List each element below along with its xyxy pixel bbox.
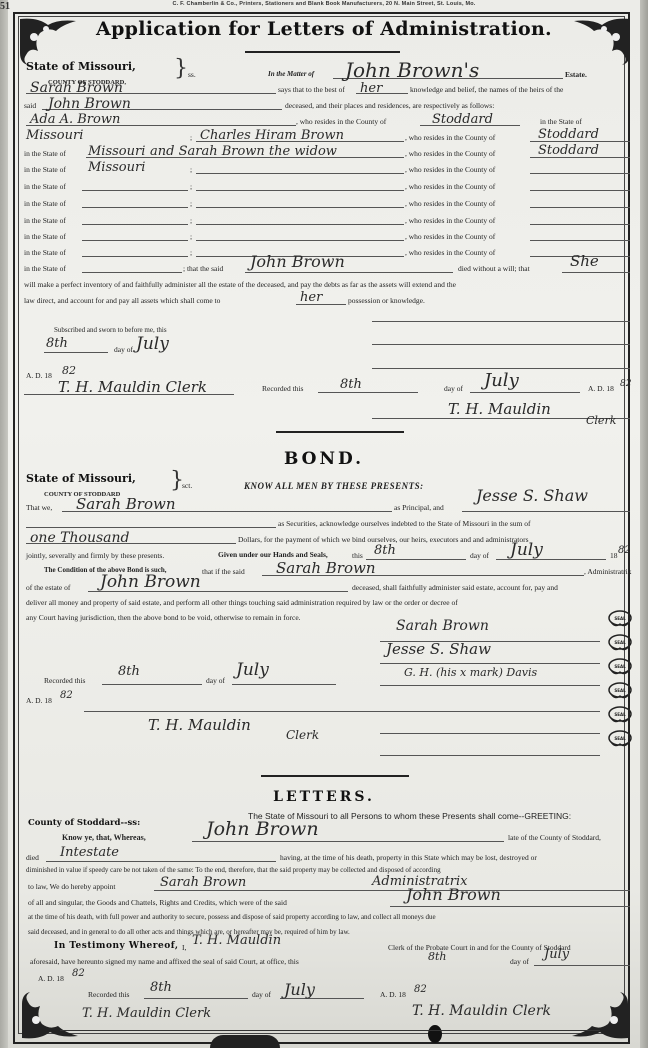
letters-deceased-value: John Brown bbox=[206, 818, 319, 840]
ad-text: A. D. 18 bbox=[38, 974, 64, 983]
deliver-text: deliver all money and property of said e… bbox=[26, 598, 458, 607]
in-state-text: in the State of bbox=[24, 264, 66, 273]
general-text: said deceased, and in general to do all … bbox=[28, 928, 350, 936]
bond-clerk-title: Clerk bbox=[286, 728, 319, 742]
signature-line bbox=[380, 663, 600, 664]
ornament-bottom-left-icon bbox=[20, 990, 82, 1040]
clerk-line bbox=[24, 394, 234, 395]
said-deceased-text: ; that the said bbox=[183, 264, 223, 273]
pronoun-value: her bbox=[360, 81, 382, 96]
given-year: 82 bbox=[618, 545, 631, 556]
seal-icon: SEAL bbox=[607, 634, 633, 654]
test-month: July bbox=[544, 947, 569, 962]
signature-line bbox=[380, 733, 600, 734]
ad-text: A. D. 18 bbox=[26, 696, 52, 705]
bond-clerk-signature: T. H. Mauldin bbox=[148, 716, 251, 734]
heir-line bbox=[196, 207, 404, 208]
separator: ; bbox=[190, 232, 192, 241]
goods-text: of all and singular, the Goods and Chatt… bbox=[28, 898, 287, 907]
said-label: said bbox=[24, 101, 36, 110]
recorded-month: July bbox=[484, 370, 519, 391]
securities-cont-line bbox=[26, 527, 276, 528]
said-deceased-value: John Brown bbox=[250, 252, 345, 271]
separator: ; bbox=[190, 182, 192, 191]
if-said-text: that if the said bbox=[202, 567, 245, 576]
i-text: I, bbox=[182, 943, 186, 952]
county-line bbox=[530, 207, 630, 208]
appointee-line bbox=[154, 890, 630, 891]
county-line bbox=[530, 240, 630, 241]
recorded-month-line bbox=[470, 392, 580, 393]
recorded-day-line bbox=[102, 684, 202, 685]
heir-line bbox=[196, 224, 404, 225]
recorded-month: July bbox=[284, 980, 315, 999]
heir-name: Charles Hiram Brown bbox=[200, 128, 344, 143]
recorder-title: Clerk bbox=[586, 414, 616, 427]
time-text: at the time of his death, with full powe… bbox=[28, 913, 436, 921]
state-line bbox=[82, 240, 188, 241]
signature: Jesse S. Shaw bbox=[386, 640, 491, 658]
svg-text:SEAL: SEAL bbox=[614, 616, 626, 621]
resides-text: , who resides in the County of bbox=[296, 117, 386, 126]
sworn-month: July bbox=[136, 334, 169, 354]
day-of-text: day of bbox=[444, 384, 463, 393]
matter-value: John Brown's bbox=[345, 58, 479, 82]
resides-text: , who resides in the County of bbox=[405, 232, 495, 241]
her-value: her bbox=[300, 290, 322, 305]
ad-text: A. D. 18 bbox=[380, 990, 406, 999]
day-of-text: day of bbox=[114, 345, 133, 354]
state-line bbox=[82, 256, 188, 257]
letters-clerk-value: T. H. Mauldin bbox=[192, 933, 281, 948]
heir-county: Stoddard bbox=[432, 112, 493, 127]
in-state-text: in the State of bbox=[24, 199, 66, 208]
ad-text: A. D. 18 bbox=[588, 384, 614, 393]
recorded-year: 82 bbox=[60, 690, 73, 701]
inventory-text: will make a perfect inventory of and fai… bbox=[24, 280, 456, 289]
resides-text: , who resides in the County of bbox=[405, 199, 495, 208]
section-divider bbox=[261, 775, 409, 777]
given-day-line bbox=[366, 559, 466, 560]
diminished-text: diminished in value if speedy care be no… bbox=[26, 866, 441, 874]
day-of-text: day of bbox=[206, 676, 225, 685]
signature: Sarah Brown bbox=[396, 618, 489, 634]
separator: ; bbox=[190, 216, 192, 225]
court-text: any Court having jurisdiction, then the … bbox=[26, 613, 301, 622]
heir-line bbox=[196, 190, 404, 191]
given-text: Given under our Hands and Seals, bbox=[218, 550, 328, 559]
svg-text:SEAL: SEAL bbox=[614, 640, 626, 645]
svg-text:SEAL: SEAL bbox=[614, 688, 626, 693]
sig-left: T. H. Mauldin Clerk bbox=[82, 1006, 211, 1021]
letters-county-label: County of Stoddard--ss: bbox=[28, 818, 140, 828]
sum-value: one Thousand bbox=[30, 530, 130, 546]
resides-text: , who resides in the County of bbox=[405, 182, 495, 191]
died-label: died bbox=[26, 853, 39, 862]
recorded-year: 82 bbox=[620, 379, 631, 389]
in-state-text: in the State of bbox=[24, 232, 66, 241]
heir-line bbox=[196, 173, 404, 174]
signature-line bbox=[380, 755, 600, 756]
bond-title: BOND. bbox=[0, 449, 648, 469]
she-line bbox=[562, 272, 630, 273]
bond-state-label: State of Missouri, bbox=[26, 472, 136, 485]
heir-name: Ada A. Brown bbox=[30, 112, 120, 127]
recorded-text: Recorded this bbox=[44, 676, 85, 685]
recorded-day-line bbox=[144, 998, 248, 999]
died-value: Intestate bbox=[60, 845, 119, 860]
ink-blot bbox=[428, 1025, 442, 1043]
she-value: She bbox=[570, 252, 599, 270]
as-principal-text: as Principal, and bbox=[394, 503, 444, 512]
heir-county: Stoddard bbox=[538, 127, 599, 142]
died-line bbox=[46, 861, 276, 862]
sworn-day-line bbox=[44, 352, 108, 353]
of-estate-text: of the estate of bbox=[26, 583, 70, 592]
deceased-text: deceased, and their places and residence… bbox=[285, 101, 494, 110]
given-month: July bbox=[510, 540, 543, 560]
seal-icon: SEAL bbox=[607, 682, 633, 702]
heir-line bbox=[86, 157, 404, 158]
goods-line bbox=[390, 906, 630, 907]
letters-title: LETTERS. bbox=[0, 789, 648, 805]
goods-value: John Brown bbox=[406, 885, 501, 904]
jointly-text: jointly, severally and firmly by these p… bbox=[26, 551, 164, 560]
recorded-day: 8th bbox=[118, 664, 140, 679]
applicant-value: Sarah Brown bbox=[30, 80, 123, 96]
test-month-line bbox=[534, 965, 630, 966]
matter-label: In the Matter of bbox=[268, 70, 314, 78]
know-ye-text: Know ye, that, Whereas, bbox=[62, 833, 146, 842]
test-year: 82 bbox=[72, 968, 85, 979]
admin-value: Sarah Brown bbox=[276, 559, 376, 577]
section-divider bbox=[276, 431, 404, 433]
blank-line bbox=[372, 344, 630, 345]
day-of-text: day of bbox=[470, 551, 489, 560]
state-line bbox=[82, 207, 188, 208]
securities-value: Jesse S. Shaw bbox=[476, 486, 588, 505]
securities-text: as Securities, acknowledge ourselves ind… bbox=[278, 519, 530, 528]
sig-right: T. H. Mauldin Clerk bbox=[412, 1003, 551, 1019]
state-label: State of Missouri, bbox=[26, 60, 136, 73]
separator: ; bbox=[190, 133, 192, 142]
signature-line bbox=[380, 685, 600, 686]
resides-text: , who resides in the County of bbox=[405, 165, 495, 174]
signature-line bbox=[84, 711, 600, 712]
state-line bbox=[82, 224, 188, 225]
appoint-text: to law, We do hereby appoint bbox=[28, 882, 116, 891]
separator: ; bbox=[190, 165, 192, 174]
principal-value: Sarah Brown bbox=[76, 495, 176, 513]
recorded-text: Recorded this bbox=[262, 384, 303, 393]
says-text: says that to the best of bbox=[278, 85, 345, 94]
know-all-text: KNOW ALL MEN BY THESE PRESENTS: bbox=[244, 481, 424, 491]
resides-text: , who resides in the County of bbox=[405, 149, 495, 158]
year-prefix: 18 bbox=[610, 551, 618, 560]
signature: G. H. (his x mark) Davis bbox=[404, 666, 537, 679]
seal-icon: SEAL bbox=[607, 706, 633, 726]
county-line bbox=[530, 173, 630, 174]
svg-text:SEAL: SEAL bbox=[614, 736, 626, 741]
resides-text: , who resides in the County of bbox=[405, 133, 495, 142]
seal-icon: SEAL bbox=[607, 658, 633, 678]
printer-imprint: C. F. Chamberlin & Co., Printers, Statio… bbox=[0, 1, 648, 7]
deceased-line bbox=[192, 841, 504, 842]
bottom-rule bbox=[60, 1030, 600, 1031]
recorded-day-line bbox=[318, 392, 418, 393]
heir-state: Missouri bbox=[88, 160, 145, 175]
resides-text: , who resides in the County of bbox=[405, 216, 495, 225]
ad-text: A. D. 18 bbox=[26, 371, 52, 380]
recorded-year: 82 bbox=[414, 984, 427, 995]
day-of-text: day of bbox=[510, 957, 529, 966]
ornament-bottom-right-icon bbox=[568, 990, 630, 1040]
recorded-month: July bbox=[236, 660, 269, 680]
estate-label: Estate. bbox=[565, 70, 587, 79]
recorded-day: 8th bbox=[150, 980, 172, 995]
sct-label: sct. bbox=[182, 481, 192, 490]
blank-line bbox=[372, 321, 630, 322]
having-text: having, at the time of his death, proper… bbox=[280, 853, 537, 862]
appointee-value: Sarah Brown bbox=[160, 875, 246, 890]
resides-text: , who resides in the County of bbox=[405, 248, 495, 257]
estate-value: John Brown bbox=[100, 572, 201, 592]
in-state-text: in the State of bbox=[540, 117, 582, 126]
separator: ; bbox=[190, 248, 192, 257]
state-line bbox=[82, 190, 188, 191]
sworn-day: 8th bbox=[46, 336, 68, 351]
binding-shadow bbox=[210, 1035, 280, 1048]
ss-label: ss. bbox=[188, 70, 196, 79]
in-state-text: in the State of bbox=[24, 165, 66, 174]
in-state-text: in the State of bbox=[24, 182, 66, 191]
possession-text: possession or knowledge. bbox=[348, 296, 425, 305]
county-line bbox=[530, 224, 630, 225]
testimony-label: In Testimony Whereof, bbox=[54, 941, 179, 951]
separator: ; bbox=[190, 199, 192, 208]
sworn-year: 82 bbox=[62, 364, 76, 377]
application-title: Application for Letters of Administratio… bbox=[0, 18, 648, 40]
heir-county: Stoddard bbox=[538, 143, 599, 158]
administrat-text: , Administratrix bbox=[584, 567, 632, 576]
county-line bbox=[530, 190, 630, 191]
bond-deceased-text: deceased, shall faithfully administer sa… bbox=[352, 583, 558, 592]
law-text: law direct, and account for and pay all … bbox=[24, 296, 220, 305]
svg-text:SEAL: SEAL bbox=[614, 664, 626, 669]
aforesaid-text: aforesaid, have hereunto signed my name … bbox=[30, 957, 299, 966]
knowledge-text: knowledge and belief, the names of the h… bbox=[410, 85, 563, 94]
in-state-text: in the State of bbox=[24, 149, 66, 158]
test-day: 8th bbox=[428, 950, 447, 963]
seal-icon: SEAL bbox=[607, 610, 633, 630]
subscribed-text: Subscribed and sworn to before me, this bbox=[54, 326, 167, 334]
heir-line bbox=[196, 240, 404, 241]
late-of-text: late of the County of Stoddard, bbox=[508, 833, 601, 842]
recorded-text: Recorded this bbox=[88, 990, 129, 999]
state-line bbox=[82, 272, 182, 273]
svg-text:SEAL: SEAL bbox=[614, 712, 626, 717]
in-state-text: in the State of bbox=[24, 248, 66, 257]
day-of-text: day of bbox=[252, 990, 271, 999]
seal-icon: SEAL bbox=[607, 730, 633, 750]
said-deceased-line bbox=[245, 272, 453, 273]
in-state-text: in the State of bbox=[24, 216, 66, 225]
heir-state: Missouri bbox=[26, 128, 83, 143]
securities-line bbox=[462, 511, 630, 512]
brace: } bbox=[174, 56, 188, 81]
title-divider bbox=[245, 51, 400, 53]
that-we-text: That we, bbox=[26, 503, 52, 512]
recorder-signature: T. H. Mauldin bbox=[448, 400, 551, 418]
blank-line bbox=[372, 368, 630, 369]
deceased-value: John Brown bbox=[48, 96, 131, 112]
given-day: 8th bbox=[374, 543, 396, 558]
recorded-month-line bbox=[232, 684, 336, 685]
recorded-day: 8th bbox=[340, 377, 362, 392]
died-text: died without a will; that bbox=[458, 264, 530, 273]
